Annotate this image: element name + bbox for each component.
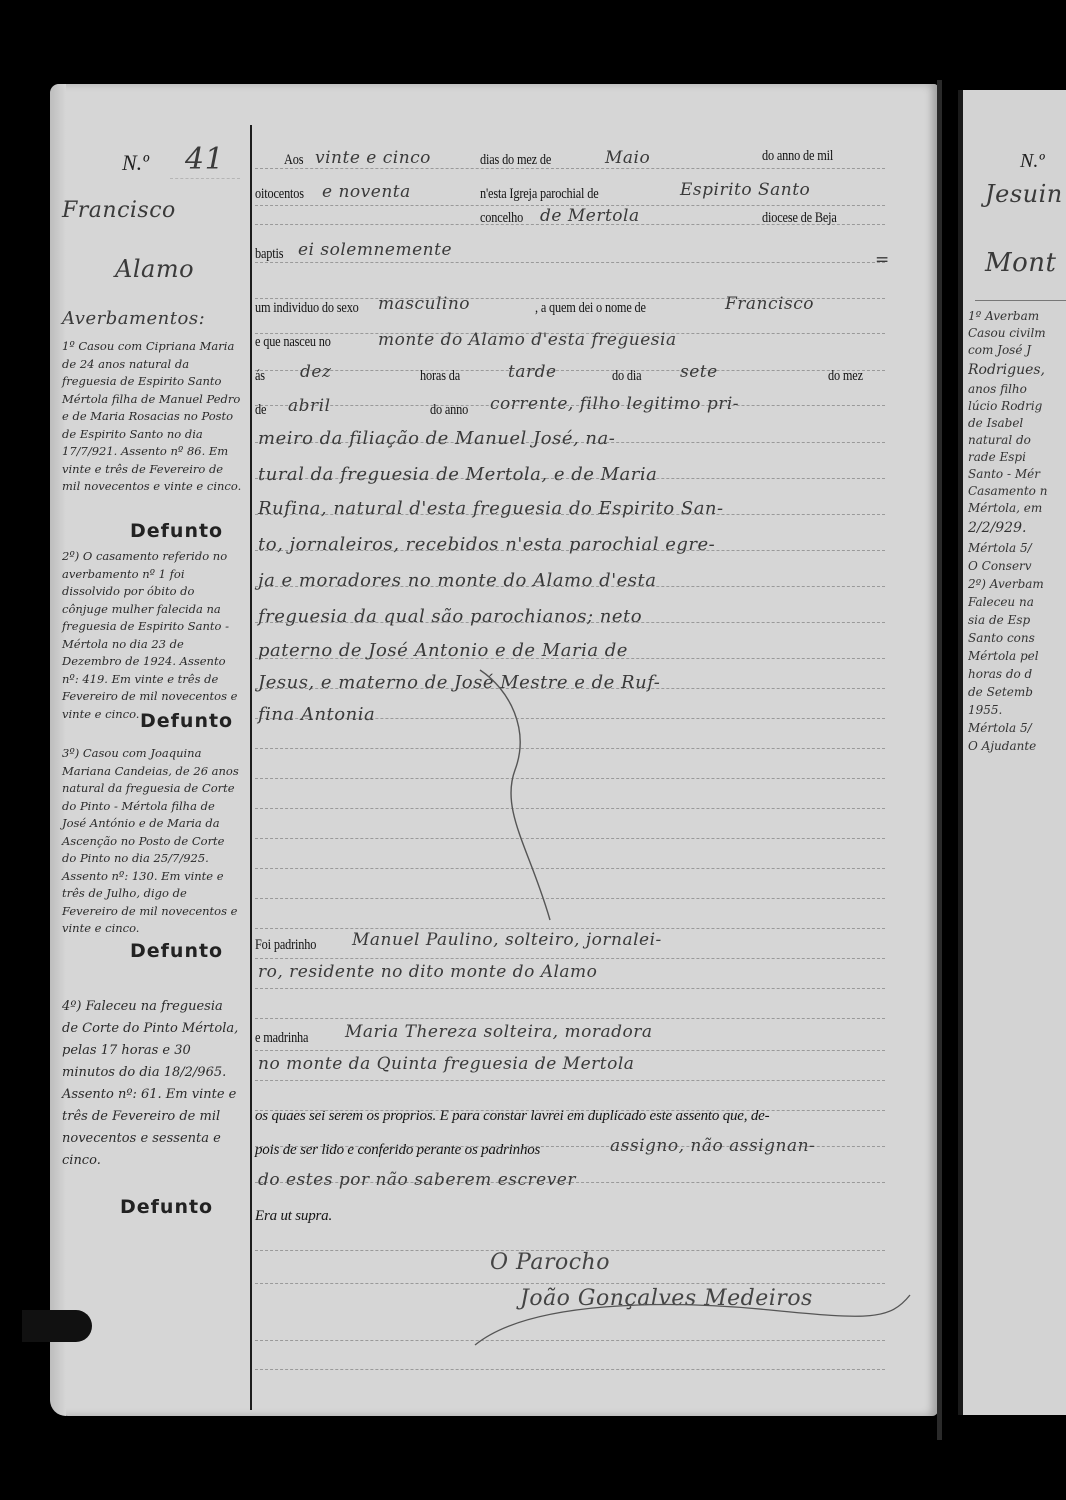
entry-number-label: N.º bbox=[122, 150, 149, 176]
ruled-line bbox=[255, 1080, 885, 1081]
ruled-line bbox=[255, 168, 885, 169]
adjacent-note-line: Casamento n bbox=[968, 483, 1066, 500]
entry-number-underline bbox=[170, 178, 240, 179]
narrative-line: Jesus, e materno de José Mestre e de Ruf… bbox=[258, 672, 660, 693]
handwritten-narrative: corrente, filho legitimo pri- bbox=[490, 394, 739, 414]
handwritten-signature-clause-cont: do estes por não saberem escrever bbox=[258, 1170, 576, 1190]
handwritten-godmother-cont: no monte da Quinta freguesia de Mertola bbox=[258, 1054, 634, 1074]
annotation-note-1: 1º Casou com Cipriana Maria de 24 anos n… bbox=[62, 338, 242, 496]
printed-text: do anno bbox=[430, 402, 468, 419]
handwritten-birth-day: sete bbox=[680, 362, 718, 382]
adjacent-note-line: O Conserv bbox=[968, 557, 1066, 575]
printed-text: oitocentos bbox=[255, 186, 304, 203]
adjacent-note-line: natural do bbox=[968, 432, 1066, 449]
printed-text: , a quem dei o nome de bbox=[535, 300, 646, 317]
handwritten-municipality: de Mertola bbox=[540, 206, 640, 226]
ruled-line bbox=[255, 370, 885, 371]
annotation-stamp-1: Defunto bbox=[130, 520, 223, 542]
handwritten-hour: dez bbox=[300, 362, 331, 382]
adjacent-note-line: lúcio Rodrig bbox=[968, 398, 1066, 415]
adjacent-note-line: 2/2/929. bbox=[968, 517, 1066, 539]
adjacent-note-line: sia de Esp bbox=[968, 611, 1066, 629]
adjacent-note-line: de Setemb bbox=[968, 683, 1066, 701]
annotation-note-3: 3º) Casou com Joaquina Mariana Candeias,… bbox=[62, 745, 242, 938]
printed-text: de bbox=[255, 402, 266, 419]
adjacent-note-line: com José J bbox=[968, 342, 1066, 359]
adjacent-name-fragment: Jesuin bbox=[985, 180, 1063, 208]
handwritten-baptism-type: ei solemnemente bbox=[298, 240, 452, 260]
ruled-line bbox=[255, 1050, 885, 1051]
printed-closing-line: pois de ser lido e conferido perante os … bbox=[255, 1142, 540, 1159]
narrative-line: Rufina, natural d'esta freguesia do Espi… bbox=[258, 498, 724, 519]
printed-text: concelho bbox=[480, 210, 523, 227]
adjacent-place-fragment: Mont bbox=[985, 248, 1056, 278]
adjacent-note-line: Mértola 5/ bbox=[968, 539, 1066, 557]
adjacent-entry-number-label: N.º bbox=[1020, 150, 1045, 173]
adjacent-note-line: anos filho bbox=[968, 381, 1066, 398]
printed-era-ut-supra: Era ut supra. bbox=[255, 1208, 332, 1225]
printed-text: do mez bbox=[828, 368, 863, 385]
handwritten-month: Maio bbox=[605, 148, 650, 168]
adjacent-note-line: Santo cons bbox=[968, 629, 1066, 647]
narrative-line: fina Antonia bbox=[258, 704, 375, 725]
narrative-line: to, jornaleiros, recebidos n'esta paroch… bbox=[258, 534, 715, 555]
narrative-line: ja e moradores no monte do Alamo d'esta bbox=[258, 570, 657, 591]
ruled-line bbox=[255, 1018, 885, 1019]
narrative-line: tural da freguesia de Mertola, e de Mari… bbox=[258, 464, 657, 485]
annotation-stamp-2: Defunto bbox=[140, 710, 233, 732]
printed-text: Aos bbox=[284, 152, 303, 169]
adjacent-note-line: Mértola 5/ bbox=[968, 719, 1066, 737]
printed-closing-line: os quaes sei serem os proprios. E para c… bbox=[255, 1108, 769, 1125]
adjacent-note-line: Casou civilm bbox=[968, 325, 1066, 342]
adjacent-note-line: horas do d bbox=[968, 665, 1066, 683]
binding-spine bbox=[937, 80, 942, 1440]
adjacent-note-line: 2º) Averbam bbox=[968, 575, 1066, 593]
signature-title: O Parocho bbox=[490, 1250, 610, 1275]
printed-text: do anno de mil bbox=[762, 148, 833, 165]
adjacent-note-line: 1955. bbox=[968, 701, 1066, 719]
handwritten-godfather: Manuel Paulino, solteiro, jornalei- bbox=[352, 930, 662, 950]
handwritten-day: vinte e cinco bbox=[315, 148, 431, 168]
handwritten-godfather-cont: ro, residente no dito monte do Alamo bbox=[258, 962, 597, 982]
adjacent-note-line: Mértola pel bbox=[968, 647, 1066, 665]
annotations-heading: Averbamentos: bbox=[62, 308, 205, 329]
ruled-line bbox=[255, 262, 885, 263]
handwritten-parish: Espirito Santo bbox=[680, 180, 810, 200]
handwritten-godmother: Maria Thereza solteira, moradora bbox=[345, 1022, 652, 1042]
margin-child-name: Francisco bbox=[62, 198, 176, 223]
annotation-note-2: 2º) O casamento referido no averbamento … bbox=[62, 548, 242, 723]
handwritten-sex: masculino bbox=[378, 294, 470, 314]
printed-text: n'esta Igreja parochial de bbox=[480, 186, 599, 203]
adjacent-note-line: 1º Averbam bbox=[968, 308, 1066, 325]
handwritten-birth-month: abril bbox=[288, 396, 331, 416]
printed-text: baptis bbox=[255, 246, 283, 263]
handwritten-signature-clause: assigno, não assignan- bbox=[610, 1136, 815, 1156]
printed-text: um individuo do sexo bbox=[255, 300, 359, 317]
printed-text: ás bbox=[255, 368, 265, 385]
adjacent-divider bbox=[975, 300, 1066, 301]
adjacent-note-line: Mértola, em bbox=[968, 500, 1066, 517]
printed-text: e madrinha bbox=[255, 1030, 308, 1047]
margin-rule bbox=[250, 125, 252, 1410]
adjacent-note-line: Santo - Mér bbox=[968, 466, 1066, 483]
ruled-line bbox=[255, 958, 885, 959]
signature-flourish bbox=[470, 1280, 920, 1350]
printed-text: e que nasceu no bbox=[255, 334, 331, 351]
annotation-stamp-4: Defunto bbox=[120, 1196, 213, 1218]
adjacent-note-line: de Isabel bbox=[968, 415, 1066, 432]
printed-text: diocese de Beja bbox=[762, 210, 837, 227]
adjacent-note-line: O Ajudante bbox=[968, 737, 1066, 755]
binder-ring bbox=[22, 1310, 92, 1342]
printed-text: horas da bbox=[420, 368, 460, 385]
adjacent-notes: 1º Averbam Casou civilm com José J Rodri… bbox=[968, 308, 1066, 755]
printed-text: dias do mez de bbox=[480, 152, 551, 169]
margin-place-name: Alamo bbox=[115, 255, 194, 283]
annotation-note-4: 4º) Faleceu na freguesia de Corte do Pin… bbox=[62, 996, 242, 1172]
handwritten-birthplace: monte do Alamo d'esta freguesia bbox=[378, 330, 677, 350]
ruled-line bbox=[255, 988, 885, 989]
handwritten-time-of-day: tarde bbox=[508, 362, 557, 382]
ruled-line bbox=[255, 1369, 885, 1370]
printed-text: do dia bbox=[612, 368, 641, 385]
adjacent-note-line: rade Espi bbox=[968, 449, 1066, 466]
adjacent-note-line: Faleceu na bbox=[968, 593, 1066, 611]
closing-flourish bbox=[470, 650, 590, 930]
handwritten-year: e noventa bbox=[322, 182, 411, 202]
printed-text: Foi padrinho bbox=[255, 937, 316, 954]
handwritten-given-name: Francisco bbox=[725, 294, 814, 314]
narrative-line: meiro da filiação de Manuel José, na- bbox=[258, 428, 615, 449]
adjacent-note-line: Rodrigues, bbox=[968, 359, 1066, 381]
handwritten-filler-mark: = bbox=[875, 250, 890, 270]
entry-number: 41 bbox=[185, 142, 224, 177]
narrative-line: freguesia da qual são parochianos; neto bbox=[258, 606, 642, 627]
annotation-stamp-3: Defunto bbox=[130, 940, 223, 962]
